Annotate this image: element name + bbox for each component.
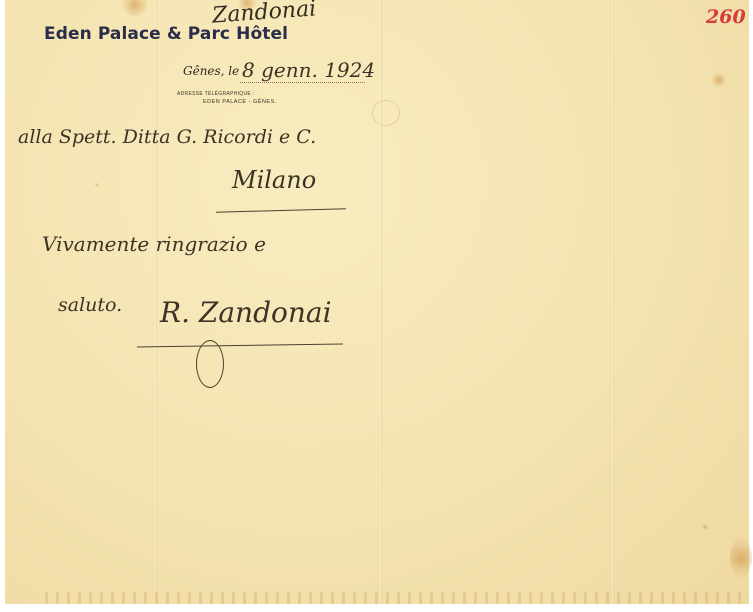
letterhead-title: Eden Palace & Parc Hôtel (44, 24, 288, 44)
addressee: alla Spett. Ditta G. Ricordi e C. (18, 126, 316, 148)
fold-line (155, 0, 157, 604)
fold-line (612, 0, 614, 604)
body-line: saluto. (58, 294, 122, 316)
signature: R. Zandonai (160, 296, 332, 329)
embossed-stamp (372, 100, 400, 126)
edge-foxing (45, 592, 744, 604)
stain (730, 538, 752, 578)
fold-line (380, 0, 382, 604)
dateline-date: 8 genn. 1924 (242, 58, 375, 82)
telegraphic-address-value: EDEN PALACE - GÊNES. (203, 99, 277, 105)
reference-number: 260 (706, 6, 746, 28)
stain (702, 524, 708, 530)
stain (123, 0, 147, 16)
stain (712, 74, 726, 86)
telegraphic-address-label: ADRESSE TÉLÉGRAPHIQUE : (177, 91, 254, 97)
stain (95, 183, 99, 187)
addressee-city: Milano (232, 166, 316, 194)
body-line: Vivamente ringrazio e (42, 232, 266, 256)
signature-flourish (196, 340, 224, 388)
dateline-printed: Gênes, le (183, 64, 239, 78)
dateline-rule (240, 82, 365, 83)
